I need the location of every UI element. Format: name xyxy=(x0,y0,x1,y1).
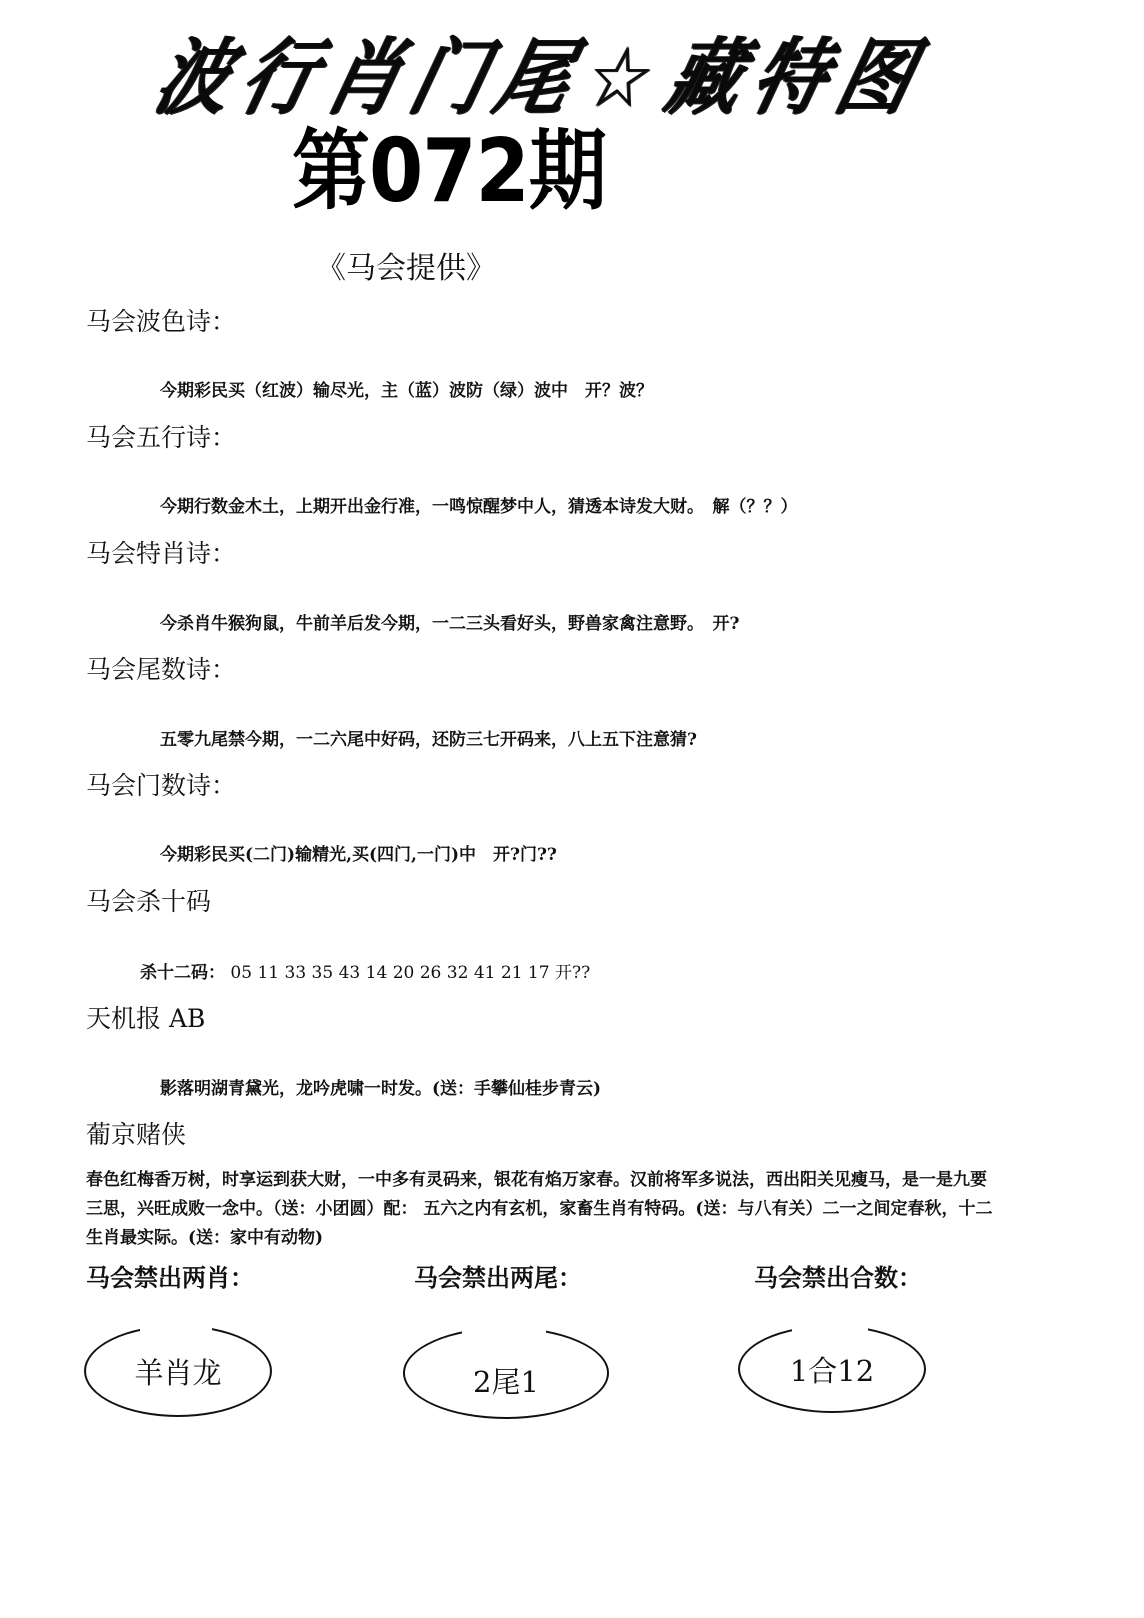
banner-char: 藏 xyxy=(655,36,755,119)
ban-oval-sum: 1合12 xyxy=(738,1325,926,1413)
kill-number: 26 xyxy=(420,963,442,983)
ban-value-sum: 1合12 xyxy=(790,1349,874,1390)
section-title-wave-color: 马会波色诗： xyxy=(86,309,236,334)
kill-number: 17 xyxy=(528,963,550,983)
kill-numbers-label: 杀十二码： xyxy=(140,963,225,983)
banner-char: 特 xyxy=(740,36,840,119)
kill-numbers-suffix: 开?? xyxy=(555,963,590,983)
star-icon: ☆ xyxy=(570,36,670,119)
section-body-tianji: 影落明湖青黛光，龙吟虎啸一时发。(送：手攀仙桂步青云) xyxy=(160,1081,601,1098)
kill-number: 20 xyxy=(393,963,415,983)
section-body-five-elements: 今期行数金木土，上期开出金行准，一鸣惊醒梦中人，猜透本诗发大财。 解（？？） xyxy=(160,499,798,516)
section-body-pujing: 春色红梅香万树，时享运到获大财，一中多有灵码来，银花有焰万家春。汉前将军多说法，… xyxy=(86,1166,996,1253)
issue-number: 第072期 xyxy=(292,125,606,221)
section-title-tail-number: 马会尾数诗： xyxy=(86,657,236,682)
kill-number: 05 xyxy=(230,963,252,983)
kill-number: 41 xyxy=(474,963,496,983)
section-body-door-number: 今期彩民买(二门)输精光,买(四门,一门)中 开?门?? xyxy=(160,847,557,864)
section-title-tianji: 天机报 AB xyxy=(86,1006,205,1031)
section-title-pujing: 葡京赌侠 xyxy=(86,1122,186,1147)
section-body-wave-color: 今期彩民买（红波）输尽光，主（蓝）波防（绿）波中 开？波？ xyxy=(160,383,653,400)
section-title-door-number: 马会门数诗： xyxy=(86,773,236,798)
section-body-zodiac: 今杀肖牛猴狗鼠，牛前羊后发今期，一二三头看好头，野兽家禽注意野。 开? xyxy=(160,616,739,633)
kill-number: 32 xyxy=(447,963,469,983)
ban-oval-zodiac: 羊肖龙 xyxy=(84,1325,272,1417)
kill-number: 11 xyxy=(257,963,279,983)
section-title-kill-numbers: 马会杀十码 xyxy=(86,889,211,914)
ban-title-zodiac: 马会禁出两肖： xyxy=(86,1266,254,1290)
banner-char: 图 xyxy=(826,36,926,119)
banner-char: 门 xyxy=(400,36,500,119)
provider-label: 《马会提供》 xyxy=(316,243,496,287)
section-title-zodiac: 马会特肖诗： xyxy=(86,541,236,566)
ban-value-zodiac: 羊肖龙 xyxy=(134,1351,221,1392)
kill-number: 33 xyxy=(285,963,307,983)
ban-title-sum: 马会禁出合数： xyxy=(754,1266,922,1290)
kill-number: 14 xyxy=(366,963,388,983)
kill-numbers-row: 杀十二码： 05 11 33 35 43 14 20 26 32 41 21 1… xyxy=(140,965,590,982)
banner-title: 波 行 肖 门 尾 ☆ 藏 特 图 xyxy=(155,22,915,132)
banner-char: 波 xyxy=(145,36,245,119)
kill-number: 43 xyxy=(339,963,361,983)
kill-number: 35 xyxy=(312,963,334,983)
section-title-five-elements: 马会五行诗： xyxy=(86,425,236,450)
banner-char: 尾 xyxy=(485,36,585,119)
kill-number: 21 xyxy=(501,963,523,983)
section-body-tail-number: 五零九尾禁今期，一二六尾中好码，还防三七开码来，八上五下注意猜? xyxy=(160,732,697,749)
ban-value-tail: 2尾1 xyxy=(473,1346,539,1401)
ban-title-tail: 马会禁出两尾： xyxy=(414,1266,582,1290)
banner-char: 行 xyxy=(230,36,330,119)
banner-char: 肖 xyxy=(315,36,415,119)
ban-oval-tail: 2尾1 xyxy=(403,1327,609,1419)
